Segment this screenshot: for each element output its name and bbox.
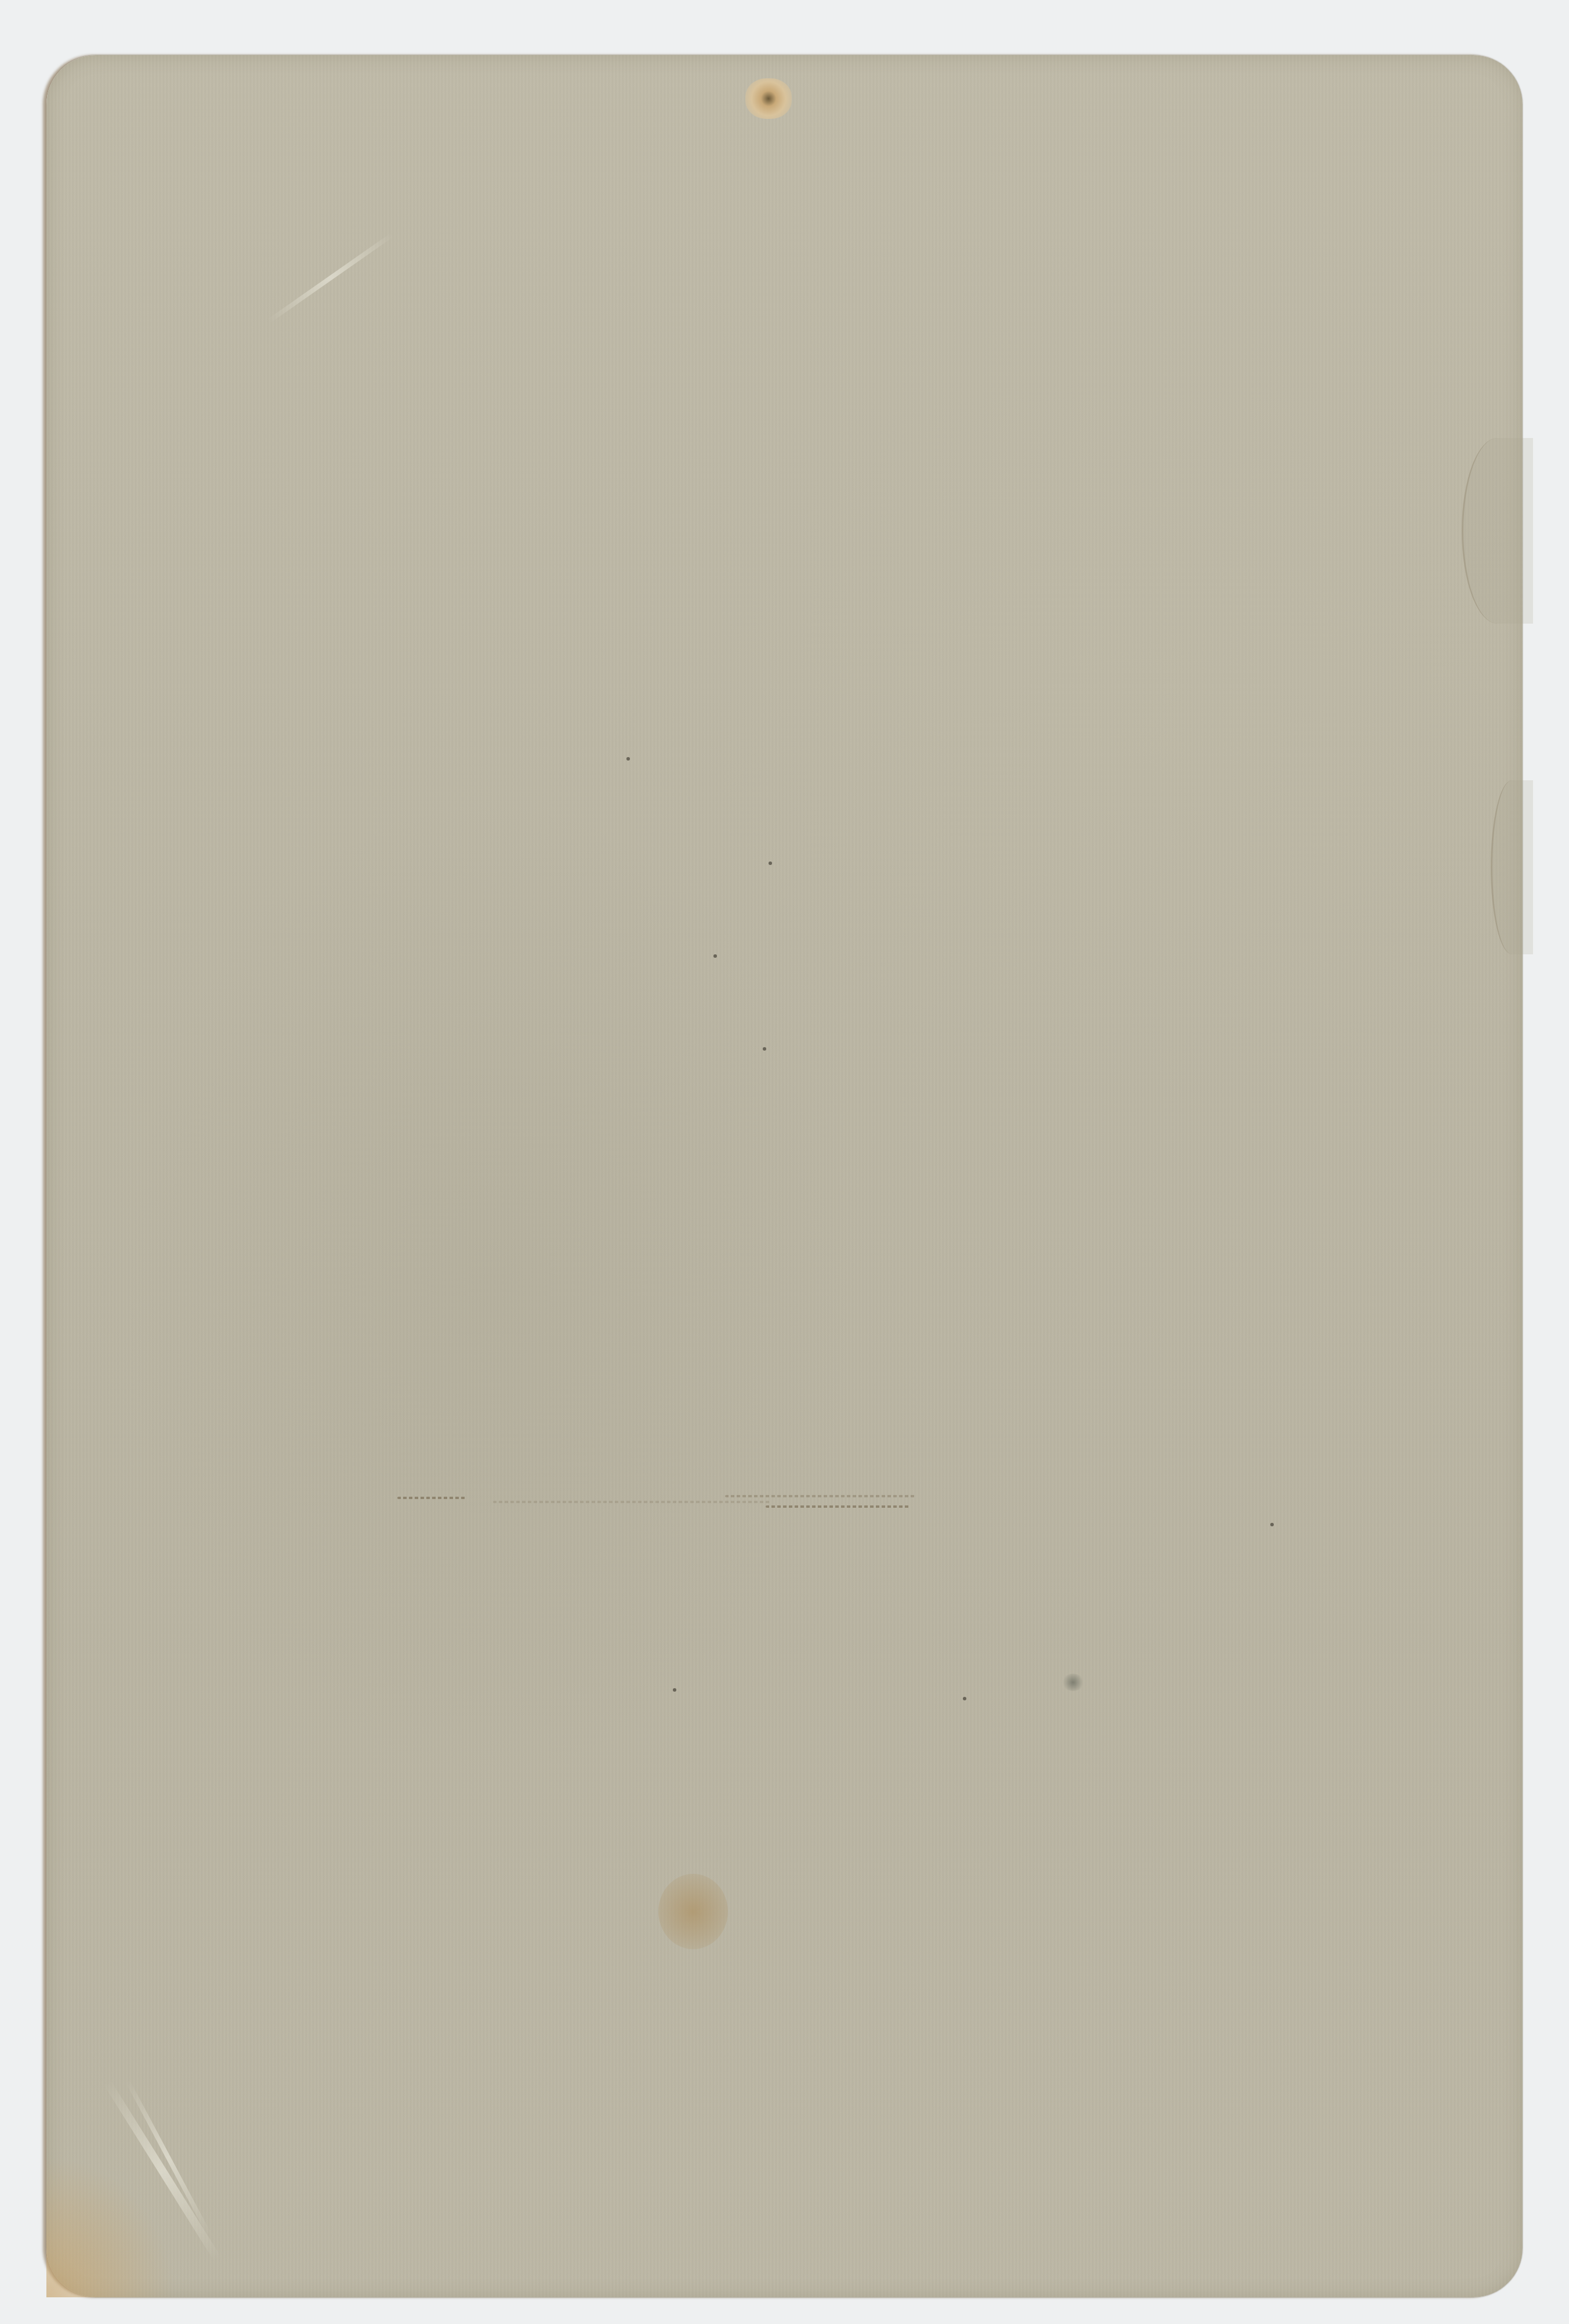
speck — [1270, 1523, 1274, 1526]
faint-mark-left — [397, 1497, 467, 1499]
speck — [626, 757, 630, 761]
foxing-stain — [658, 1874, 728, 1949]
faint-mark-line — [493, 1501, 771, 1503]
pin-hole — [745, 78, 792, 119]
smudge — [1061, 1674, 1085, 1691]
speck — [673, 1688, 676, 1692]
speck — [963, 1697, 966, 1700]
faint-mark-right-top — [725, 1495, 916, 1497]
cabinet-card-back — [46, 55, 1523, 2297]
edge-dent-middle — [1491, 780, 1533, 954]
speck — [769, 861, 772, 865]
speck — [713, 954, 717, 958]
faint-mark-right — [766, 1505, 911, 1508]
worn-corner-bottom-left — [46, 2132, 197, 2297]
speck — [763, 1047, 766, 1051]
edge-dent-upper — [1462, 438, 1533, 624]
crease-top-left — [267, 233, 394, 323]
